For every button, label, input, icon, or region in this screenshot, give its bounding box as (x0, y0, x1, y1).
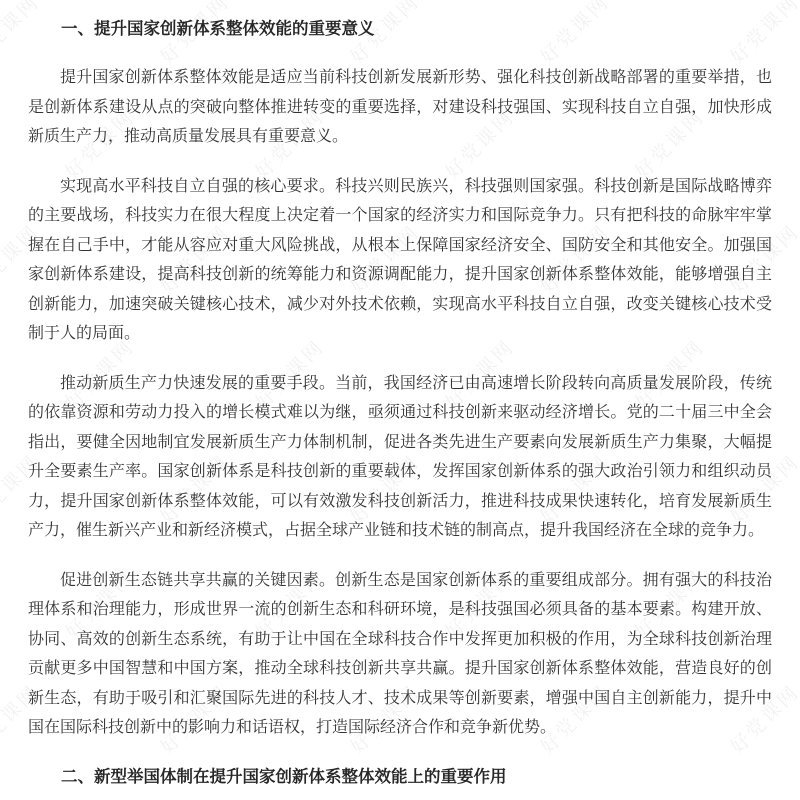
document-content: 一、提升国家创新体系整体效能的重要意义 提升国家创新体系整体效能是适应当前科技创… (0, 0, 800, 791)
section-heading-1: 一、提升国家创新体系整体效能的重要意义 (28, 15, 772, 43)
paragraph-innovation-ecosystem: 促进创新生态链共享共赢的关键因素。创新生态是国家创新体系的重要组成部分。拥有强大… (28, 566, 772, 743)
document-page: 好党课网好党课网好党课网好党课网好党课网好党课网好党课网好党课网好党课网好党课网… (0, 0, 800, 800)
paragraph-new-productive-forces: 推动新质生产力快速发展的重要手段。当前，我国经济已由高速增长阶段转向高质量发展阶… (28, 369, 772, 546)
paragraph-self-reliance: 实现高水平科技自立自强的核心要求。科技兴则民族兴，科技强则国家强。科技创新是国际… (28, 172, 772, 349)
section-heading-2: 二、新型举国体制在提升国家创新体系整体效能上的重要作用 (28, 763, 772, 791)
paragraph-significance-intro: 提升国家创新体系整体效能是适应当前科技创新发展新形势、强化科技创新战略部署的重要… (28, 63, 772, 152)
